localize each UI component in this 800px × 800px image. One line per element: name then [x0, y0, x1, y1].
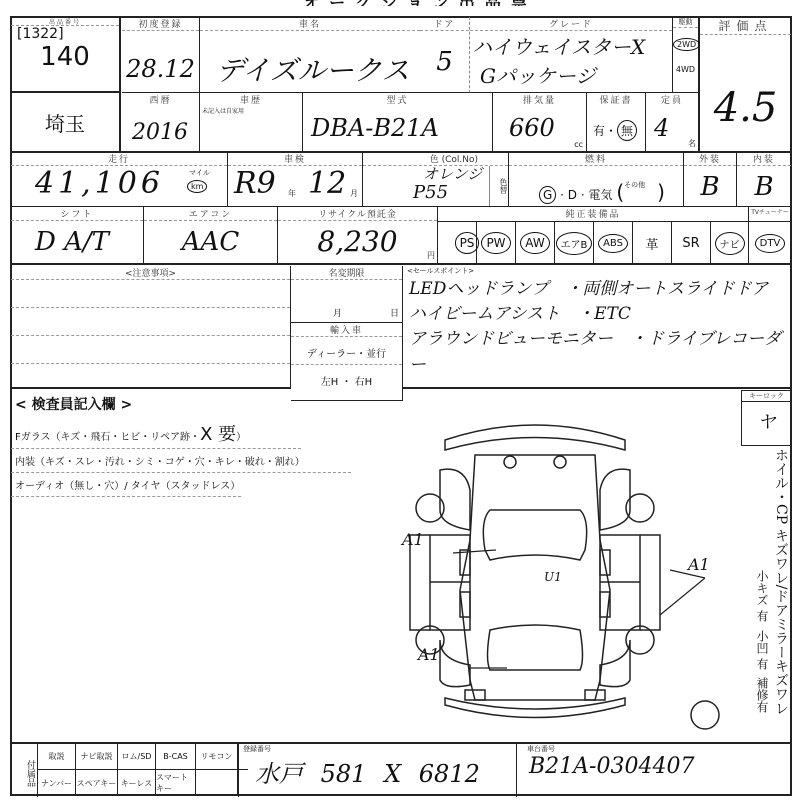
aircon-label: エアコン	[144, 207, 277, 221]
side-note-small-dent: 小凹 有	[755, 630, 769, 670]
capacity-unit: 名	[688, 138, 696, 149]
recycle-cell: リサイクル預託金 8,230 円	[278, 207, 438, 265]
mileage-label: 走行	[11, 152, 227, 166]
exterior-value: B	[684, 172, 736, 202]
side-note-repaired: 補修有	[755, 677, 769, 713]
doors-cell: ドア 5	[420, 17, 470, 93]
lot-number: 140	[11, 42, 119, 72]
history-label: 車歴	[200, 93, 302, 106]
model-year-label: 西暦	[122, 93, 199, 106]
acc-spare-key[interactable]: スペアキー	[76, 770, 118, 796]
capacity-label: 定員	[646, 93, 698, 106]
chassis-cell: 車台番号 B21A-0304407	[516, 744, 791, 797]
color-cell: 色 (Col.No) オレンジ P55 色替	[363, 152, 509, 207]
score-value: 4.5	[700, 85, 791, 131]
plate-label: 登録番号	[239, 744, 516, 754]
damage-mark-left-rear: A1	[418, 645, 440, 664]
name-change-label: 名変期限	[291, 266, 402, 280]
name-change-month: 月	[333, 306, 342, 319]
import-label: 輸入車	[291, 323, 402, 337]
first-registration-cell: 初度登録 28.12	[122, 17, 200, 93]
history-note: 未記入は自家用	[200, 106, 302, 115]
warranty-no[interactable]: 無	[617, 120, 637, 141]
recycle-label: リサイクル預託金	[278, 207, 437, 221]
fuel-gasoline[interactable]: G	[539, 186, 556, 204]
displacement-unit: cc	[574, 140, 583, 149]
warranty-label: 保証書	[587, 93, 645, 106]
history-cell: 車歴 未記入は自家用	[200, 93, 303, 151]
shift-value: D A/T	[11, 227, 143, 257]
equip-leather[interactable]: 革	[632, 222, 671, 264]
equip-pw[interactable]: PW	[476, 222, 515, 264]
aircon-cell: エアコン AAC	[144, 207, 278, 265]
doors-label: ドア	[420, 17, 469, 31]
fuel-cell: 燃料 G · D · 電気 (その他)	[509, 152, 684, 207]
import-dealer[interactable]: ディーラー・並行	[291, 337, 402, 365]
acc-number[interactable]: ナンバー	[38, 770, 76, 796]
equip-sunroof[interactable]: SR	[671, 222, 710, 264]
inspection-month: 12	[308, 166, 346, 201]
color-name: オレンジ	[423, 163, 482, 184]
equipment-label: 純正装備品	[438, 207, 748, 222]
capacity-cell: 定員 4 名	[646, 93, 700, 151]
plate-value: 水戸 581 X 6812	[239, 754, 516, 789]
inspection-month-unit: 月	[350, 188, 358, 199]
score-label: 評価点	[700, 17, 791, 35]
chassis-label: 車台番号	[517, 744, 791, 754]
lot-session: [1322]	[11, 26, 119, 42]
car-name-cell: 車名 デイズルークス	[200, 17, 420, 93]
inspection-label: 車検	[228, 152, 362, 166]
damage-mark-left-front: A1	[402, 530, 424, 549]
mileage-cell: 走行 41,106 マイル km	[11, 152, 228, 207]
name-change-day: 日	[390, 306, 399, 319]
drive-cell: 駆動 2WD 4WD	[673, 17, 700, 93]
accessories-section: 付属品 取説 ナビ取説 ロム/SD B-CAS リモコン ナンバー スペアキー …	[11, 742, 791, 795]
recycle-value: 8,230	[278, 225, 437, 258]
fuel-diesel[interactable]: D	[568, 188, 577, 202]
import-handle[interactable]: 左H ・ 右H	[291, 365, 402, 388]
equip-dtv[interactable]: DTV	[748, 222, 791, 264]
drive-label: 駆動	[673, 17, 698, 28]
doors-value: 5	[420, 47, 469, 77]
grade-label: グレード	[470, 17, 672, 31]
sales-point-3: アラウンドビューモニター ・ドライブレコーダー	[403, 326, 791, 378]
equip-aw[interactable]: AW	[515, 222, 554, 264]
side-note-col1: ホイル・CP キズワレ/ドアミラーキズワレ	[770, 448, 790, 738]
model-code-cell: 型式 DBA-B21A	[303, 93, 493, 151]
inspector-glass: Fガラス（キズ・飛石・ヒビ・リペア跡・	[15, 432, 200, 443]
acc-keyless[interactable]: キーレス	[118, 770, 156, 796]
model-year-cell: 西暦 2016	[122, 93, 200, 151]
damage-mark-right: A1	[688, 555, 710, 574]
exterior-cell: 外装 B	[684, 152, 737, 207]
grade-line1: ハイウェイスターX	[470, 31, 672, 60]
key-lock-value: ヤ	[742, 408, 791, 434]
car-name-label: 車名	[200, 17, 420, 31]
acc-smart-key[interactable]: スマートキー	[156, 770, 196, 796]
equip-abs[interactable]: ABS	[593, 222, 632, 264]
interior-cell: 内装 B	[737, 152, 791, 207]
mileage-unit-mile[interactable]: マイル	[189, 168, 210, 178]
inspector-interior: 内装（キズ・スレ・汚れ・シミ・コゲ・穴・キレ・破れ・割れ）	[11, 449, 351, 473]
interior-label: 内装	[737, 152, 791, 166]
side-note-small-scratch: 小キズ 有	[755, 570, 769, 622]
grade-cell: グレード ハイウェイスターX Gパッケージ	[470, 17, 673, 93]
chassis-value: B21A-0304407	[517, 754, 791, 779]
first-registration-label: 初度登録	[122, 17, 199, 31]
damage-mark-center: U1	[544, 570, 562, 584]
lot-cell: 出品番号 [1322] 140	[11, 17, 121, 93]
grade-line2: Gパッケージ	[470, 60, 672, 89]
fuel-label: 燃料	[509, 152, 683, 166]
car-damage-diagram	[400, 410, 730, 730]
accessories-label: 付属品	[11, 744, 38, 797]
displacement-value: 660	[493, 114, 586, 142]
color-code: P55	[413, 182, 448, 203]
tv-tuner-label: TVチューナー	[748, 207, 791, 222]
interior-value: B	[737, 172, 791, 202]
inspector-glass-mark: X 要	[200, 424, 236, 445]
shift-label: シフト	[11, 207, 143, 221]
shift-cell: シフト D A/T	[11, 207, 144, 265]
plate-cell: 登録番号 水戸 581 X 6812	[238, 744, 516, 797]
notes-label: <注意事項>	[11, 266, 290, 280]
first-registration-value: 28.12	[122, 55, 199, 83]
acc-bcas[interactable]: B-CAS	[156, 744, 196, 769]
notes-cell: <注意事項>	[11, 266, 291, 389]
displacement-label: 排気量	[493, 93, 586, 106]
region-cell: 埼玉	[11, 93, 121, 151]
car-name-value: デイズルークス	[200, 49, 420, 89]
sheet-title: オークション出品票	[270, 0, 570, 6]
acc-navi-manual[interactable]: ナビ取説	[76, 744, 118, 769]
fuel-other-label: その他	[624, 181, 645, 189]
aircon-value: AAC	[144, 227, 277, 257]
sales-point-1: LEDヘッドランプ ・両側オートスライドドア	[403, 276, 791, 302]
fuel-electric[interactable]: 電気	[588, 188, 612, 202]
name-change-cell: 名変期限 月 日	[291, 266, 403, 323]
displacement-cell: 排気量 660 cc	[493, 93, 587, 151]
sales-point-2: ハイビームアシスト ・ETC	[403, 302, 791, 326]
model-year-value: 2016	[122, 120, 199, 145]
inspection-value: R9	[234, 166, 276, 201]
acc-rom-sd[interactable]: ロム/SD	[118, 744, 156, 769]
sales-points-label: <セールスポイント>	[403, 266, 791, 276]
side-note-col2: 小キズ 有 小凹 有 補修有	[750, 570, 770, 740]
lot-label: 出品番号	[11, 17, 119, 26]
inspector-audio-tire: オーディオ（無し・穴）/ タイヤ（スタッドレス）	[11, 473, 241, 497]
color-change-label: 色替	[489, 166, 509, 206]
inspection-year-unit: 年	[288, 188, 296, 199]
drive-2wd[interactable]: 2WD	[673, 38, 700, 51]
drive-4wd[interactable]: 4WD	[673, 65, 698, 74]
recycle-unit: 円	[427, 250, 435, 261]
warranty-yes[interactable]: 有	[593, 124, 605, 138]
exterior-label: 外装	[684, 152, 736, 166]
equip-airbag[interactable]: エアB	[554, 222, 593, 264]
key-lock-cell: キーロック ヤ	[741, 390, 791, 446]
sales-points-cell: <セールスポイント> LEDヘッドランプ ・両側オートスライドドア ハイビームア…	[403, 266, 791, 389]
inspection-cell: 車検 R9 年 12 月	[228, 152, 363, 207]
model-code-label: 型式	[303, 93, 492, 106]
score-cell: 評価点 4.5	[700, 17, 791, 151]
acc-remote[interactable]: リモコン	[196, 744, 238, 769]
equip-navi[interactable]: ナビ	[710, 222, 748, 264]
key-lock-label: キーロック	[742, 391, 791, 402]
model-code-value: DBA-B21A	[303, 114, 492, 142]
acc-manual[interactable]: 取説	[38, 744, 76, 769]
region-value: 埼玉	[45, 108, 85, 137]
mileage-unit-km[interactable]: km	[187, 180, 207, 193]
warranty-cell: 保証書 有・無	[587, 93, 646, 151]
